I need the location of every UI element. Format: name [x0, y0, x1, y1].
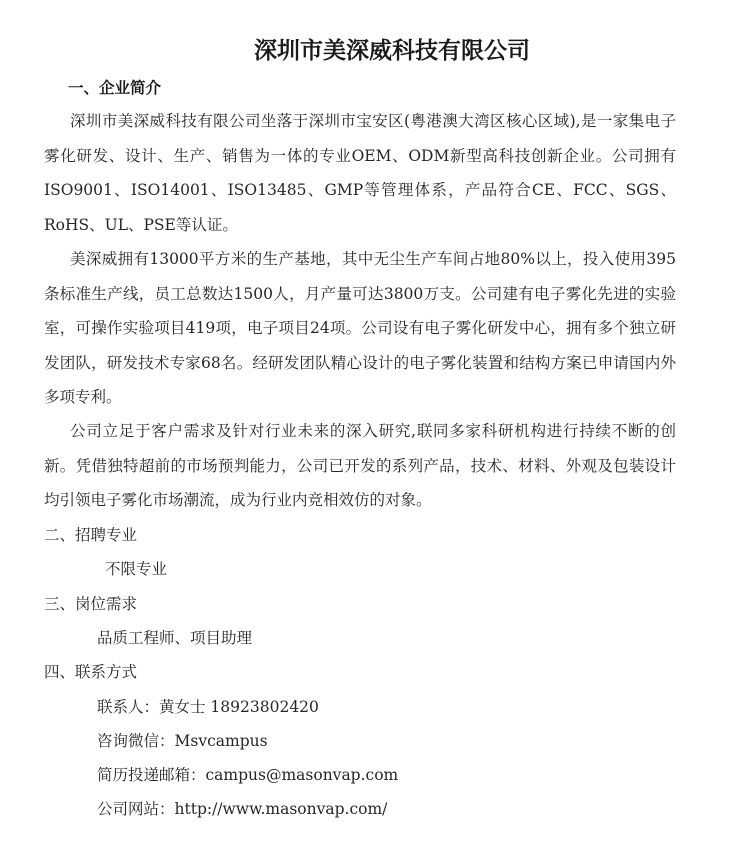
intro-paragraph-2: 美深威拥有13000平方米的生产基地，其中无尘生产车间占地80%以上，投入使用3… — [44, 242, 676, 415]
document-title: 深圳市美深威科技有限公司 — [0, 32, 734, 65]
intro-paragraph-3: 公司立足于客户需求及针对行业未来的深入研究,联同多家科研机构进行持续不断的创新。… — [44, 414, 676, 518]
positions-content: 品质工程师、项目助理 — [97, 626, 252, 648]
section-heading-positions: 三、岗位需求 — [44, 592, 137, 614]
contact-website[interactable]: 公司网站：http://www.masonvap.com/ — [97, 797, 387, 819]
section-heading-majors: 二、招聘专业 — [44, 523, 137, 545]
section-heading-contact: 四、联系方式 — [44, 660, 137, 682]
majors-content: 不限专业 — [105, 557, 167, 579]
contact-wechat: 咨询微信：Msvcampus — [97, 729, 268, 751]
contact-email[interactable]: 简历投递邮箱：campus@masonvap.com — [97, 763, 398, 785]
contact-person: 联系人：黄女士 18923802420 — [97, 695, 319, 717]
job-posting-document: 深圳市美深威科技有限公司 一、企业简介 深圳市美深威科技有限公司坐落于深圳市宝安… — [0, 0, 734, 844]
section-heading-company-intro: 一、企业简介 — [68, 76, 161, 98]
intro-paragraph-1: 深圳市美深威科技有限公司坐落于深圳市宝安区(粤港澳大湾区核心区域),是一家集电子… — [44, 104, 676, 242]
